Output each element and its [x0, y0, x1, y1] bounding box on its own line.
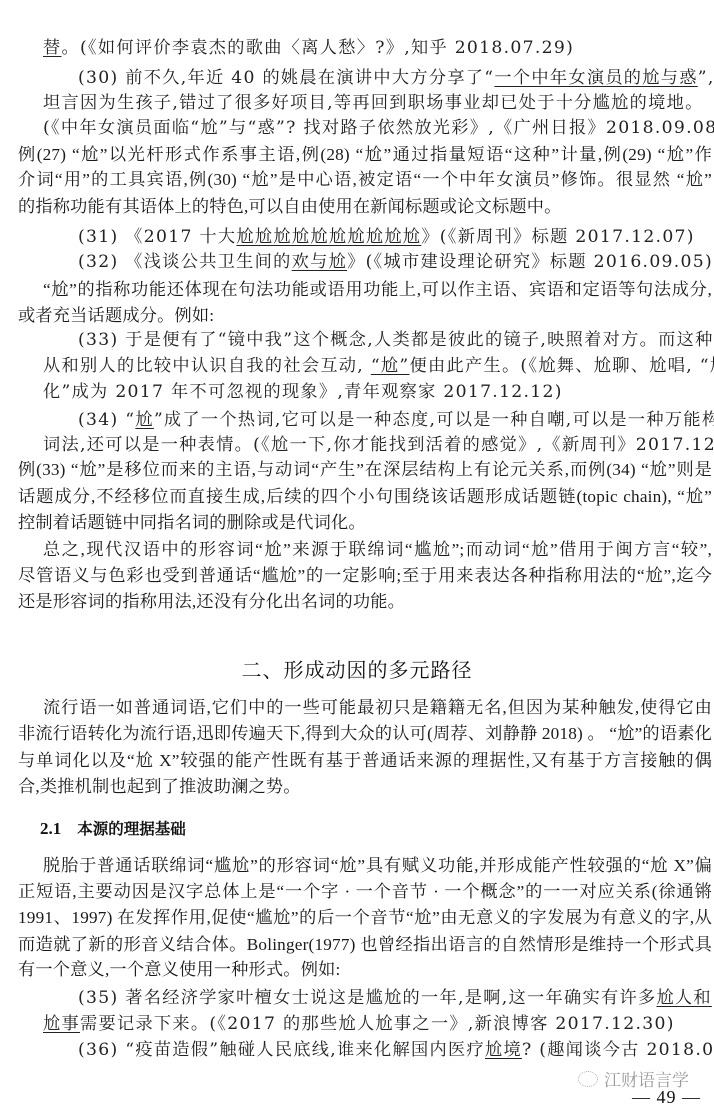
example-30-source: (《中年女演员面临“尬”与“惑”? 找对路子依然放光彩》,《广州日报》2018.… — [43, 117, 714, 139]
underlined-phrase: 尬尬尬尬尬尬尬尬尬尬 — [236, 227, 421, 247]
underlined-phrase: 一个中年女演员的尬与惑 — [494, 68, 697, 88]
underlined-phrase: 欢与尬 — [292, 252, 347, 272]
subsection-number: 2.1 — [40, 819, 61, 838]
example-35-line-1: (35) 著名经济学家叶檀女士说这是尴尬的一年,是啊,这一年确实有许多尬人和 — [78, 987, 698, 1009]
paragraph-line: 或者充当话题成分。例如: — [18, 305, 214, 327]
paragraph-line: 非流行语转化为流行语,迅即传遍天下,得到大众的认可(周荐、刘静静 2018) 。… — [18, 723, 712, 745]
example-30-line-1: (30) 前不久,年近 40 的姚晨在演讲中大方分享了“一个中年女演员的尬与惑”… — [78, 67, 695, 89]
example-30-line-2: 坦言因为生孩子,错过了很多好项目,等再回到职场事业却已处于十分尴尬的境地。 — [43, 92, 695, 114]
section-heading: 二、形成动因的多元路径 — [0, 654, 714, 683]
example-34-line-1: (34) “尬”成了一个热词,它可以是一种态度,可以是一种自嘲,可以是一种万能构 — [78, 409, 695, 431]
paragraph-line: 例(33) “尬”是移位而来的主语,与动词“产生”在深层结构上有论元关系,而例(… — [18, 459, 712, 481]
example-35-source: 尬事需要记录下来。(《2017 的那些尬人尬事之一》,新浪博客 2017.12.… — [43, 1013, 675, 1035]
subsection-heading: 2.1本源的理据基础 — [40, 817, 186, 839]
subsection-title: 本源的理据基础 — [77, 820, 186, 838]
paragraph-line: 还是形容词的指称用法,还没有分化出名词的功能。 — [18, 591, 405, 613]
example-36: (36) “疫苗造假”触碰人民底线,谁来化解国内医疗尬境? (趣闻谈今古 201… — [78, 1039, 714, 1061]
example-33-source: 化”成为 2017 年不可忽视的现象》,青年观察家 2017.12.12) — [43, 381, 563, 403]
paper-page: 替。(《如何评价李袁杰的歌曲〈离人愁〉?》,知乎 2018.07.29) (30… — [0, 0, 714, 1112]
paragraph-line: 话题成分,不经移位而直接生成,后续的四个小句围绕该话题形成话题链(topic c… — [18, 486, 712, 508]
paragraph-line: 控制着话题链中同指名词的删除或是代词化。 — [18, 512, 366, 534]
underlined-term: 尬 — [135, 410, 154, 430]
underlined-phrase: 尬事 — [43, 1014, 80, 1034]
paragraph-line: 而造就了新的形音义结合体。Bolinger(1977) 也曾经指出语言的自然情形… — [18, 934, 712, 956]
paragraph-line: 合,类推机制也起到了推波助澜之势。 — [18, 776, 301, 798]
paragraph-line: 例(27) “尬”以光杆形式作系事主语,例(28) “尬”通过指量短语“这种”计… — [18, 144, 712, 166]
paragraph-line: 流行语一如普通词语,它们中的一些可能最初只是籍籍无名,但因为某种触发,使得它由 — [43, 697, 712, 719]
example-33-line-1: (33) 于是便有了“镜中我”这个概念,人类都是彼此的镜子,映照着对方。而这种 — [78, 329, 665, 351]
paragraph-line: 1991、1997) 在发挥作用,促使“尴尬”的后一个音节“尬”由无意义的字发展… — [18, 907, 712, 929]
example-31: (31) 《2017 十大尬尬尬尬尬尬尬尬尬尬》(《新周刊》标题 2017.12… — [78, 226, 695, 248]
paragraph-line: 介词“用”的工具宾语,例(30) “尬”是中心语,被定语“一个中年女演员”修饰。… — [18, 169, 712, 191]
wechat-logo-icon — [578, 1071, 598, 1087]
example-29-source: 替。(《如何评价李袁杰的歌曲〈离人愁〉?》,知乎 2018.07.29) — [43, 37, 574, 59]
paragraph-line: 脱胎于普通话联绵词“尴尬”的形容词“尬”具有赋义功能,并形成能产性较强的“尬 X… — [43, 855, 712, 877]
paragraph-line: “尬”的指称功能还体现在句法功能或语用功能上,可以作主语、宾语和定语等句法成分, — [43, 279, 712, 301]
underlined-phrase: 尬境 — [485, 1040, 522, 1060]
paragraph-line: 有一个意义,一个意义使用一种形式。例如: — [18, 959, 340, 981]
paragraph-line: 与单词化以及“尬 X”较强的能产性既有基于普通话来源的理据性,又有基于方言接触的… — [18, 750, 712, 772]
example-34-source: 词法,还可以是一种表情。(《尬一下,你才能找到活着的感觉》,《新周刊》2017.… — [43, 434, 714, 456]
example-33-line-2: 从和别人的比较中认识自我的社会互动, “尬”便由此产生。(《尬舞、尬聊、尬唱, … — [43, 355, 695, 377]
page-number: — 49 — — [632, 1087, 701, 1108]
paragraph-line: 的指称功能有其语体上的特色,可以自由使用在新闻标题或论文标题中。 — [18, 196, 562, 218]
example-32: (32) 《浅谈公共卫生间的欢与尬》(《城市建设理论研究》标题 2016.09.… — [78, 251, 713, 273]
underlined-phrase: 尬人和 — [656, 988, 711, 1008]
underlined-term: “尬” — [371, 356, 410, 376]
paragraph-line: 尽管语义与色彩也受到普通话“尴尬”的一定影响;至于用来表达各种指称用法的“尬”,… — [18, 565, 712, 587]
paragraph-line: 总之,现代汉语中的形容词“尬”来源于联绵词“尴尬”;而动词“尬”借用于闽方言“较… — [43, 539, 712, 561]
underlined-term: 替 — [43, 38, 62, 58]
paragraph-line: 正短语,主要动因是汉字总体上是“一个字 · 一个音节 · 一个概念”的一一对应关… — [18, 881, 712, 903]
